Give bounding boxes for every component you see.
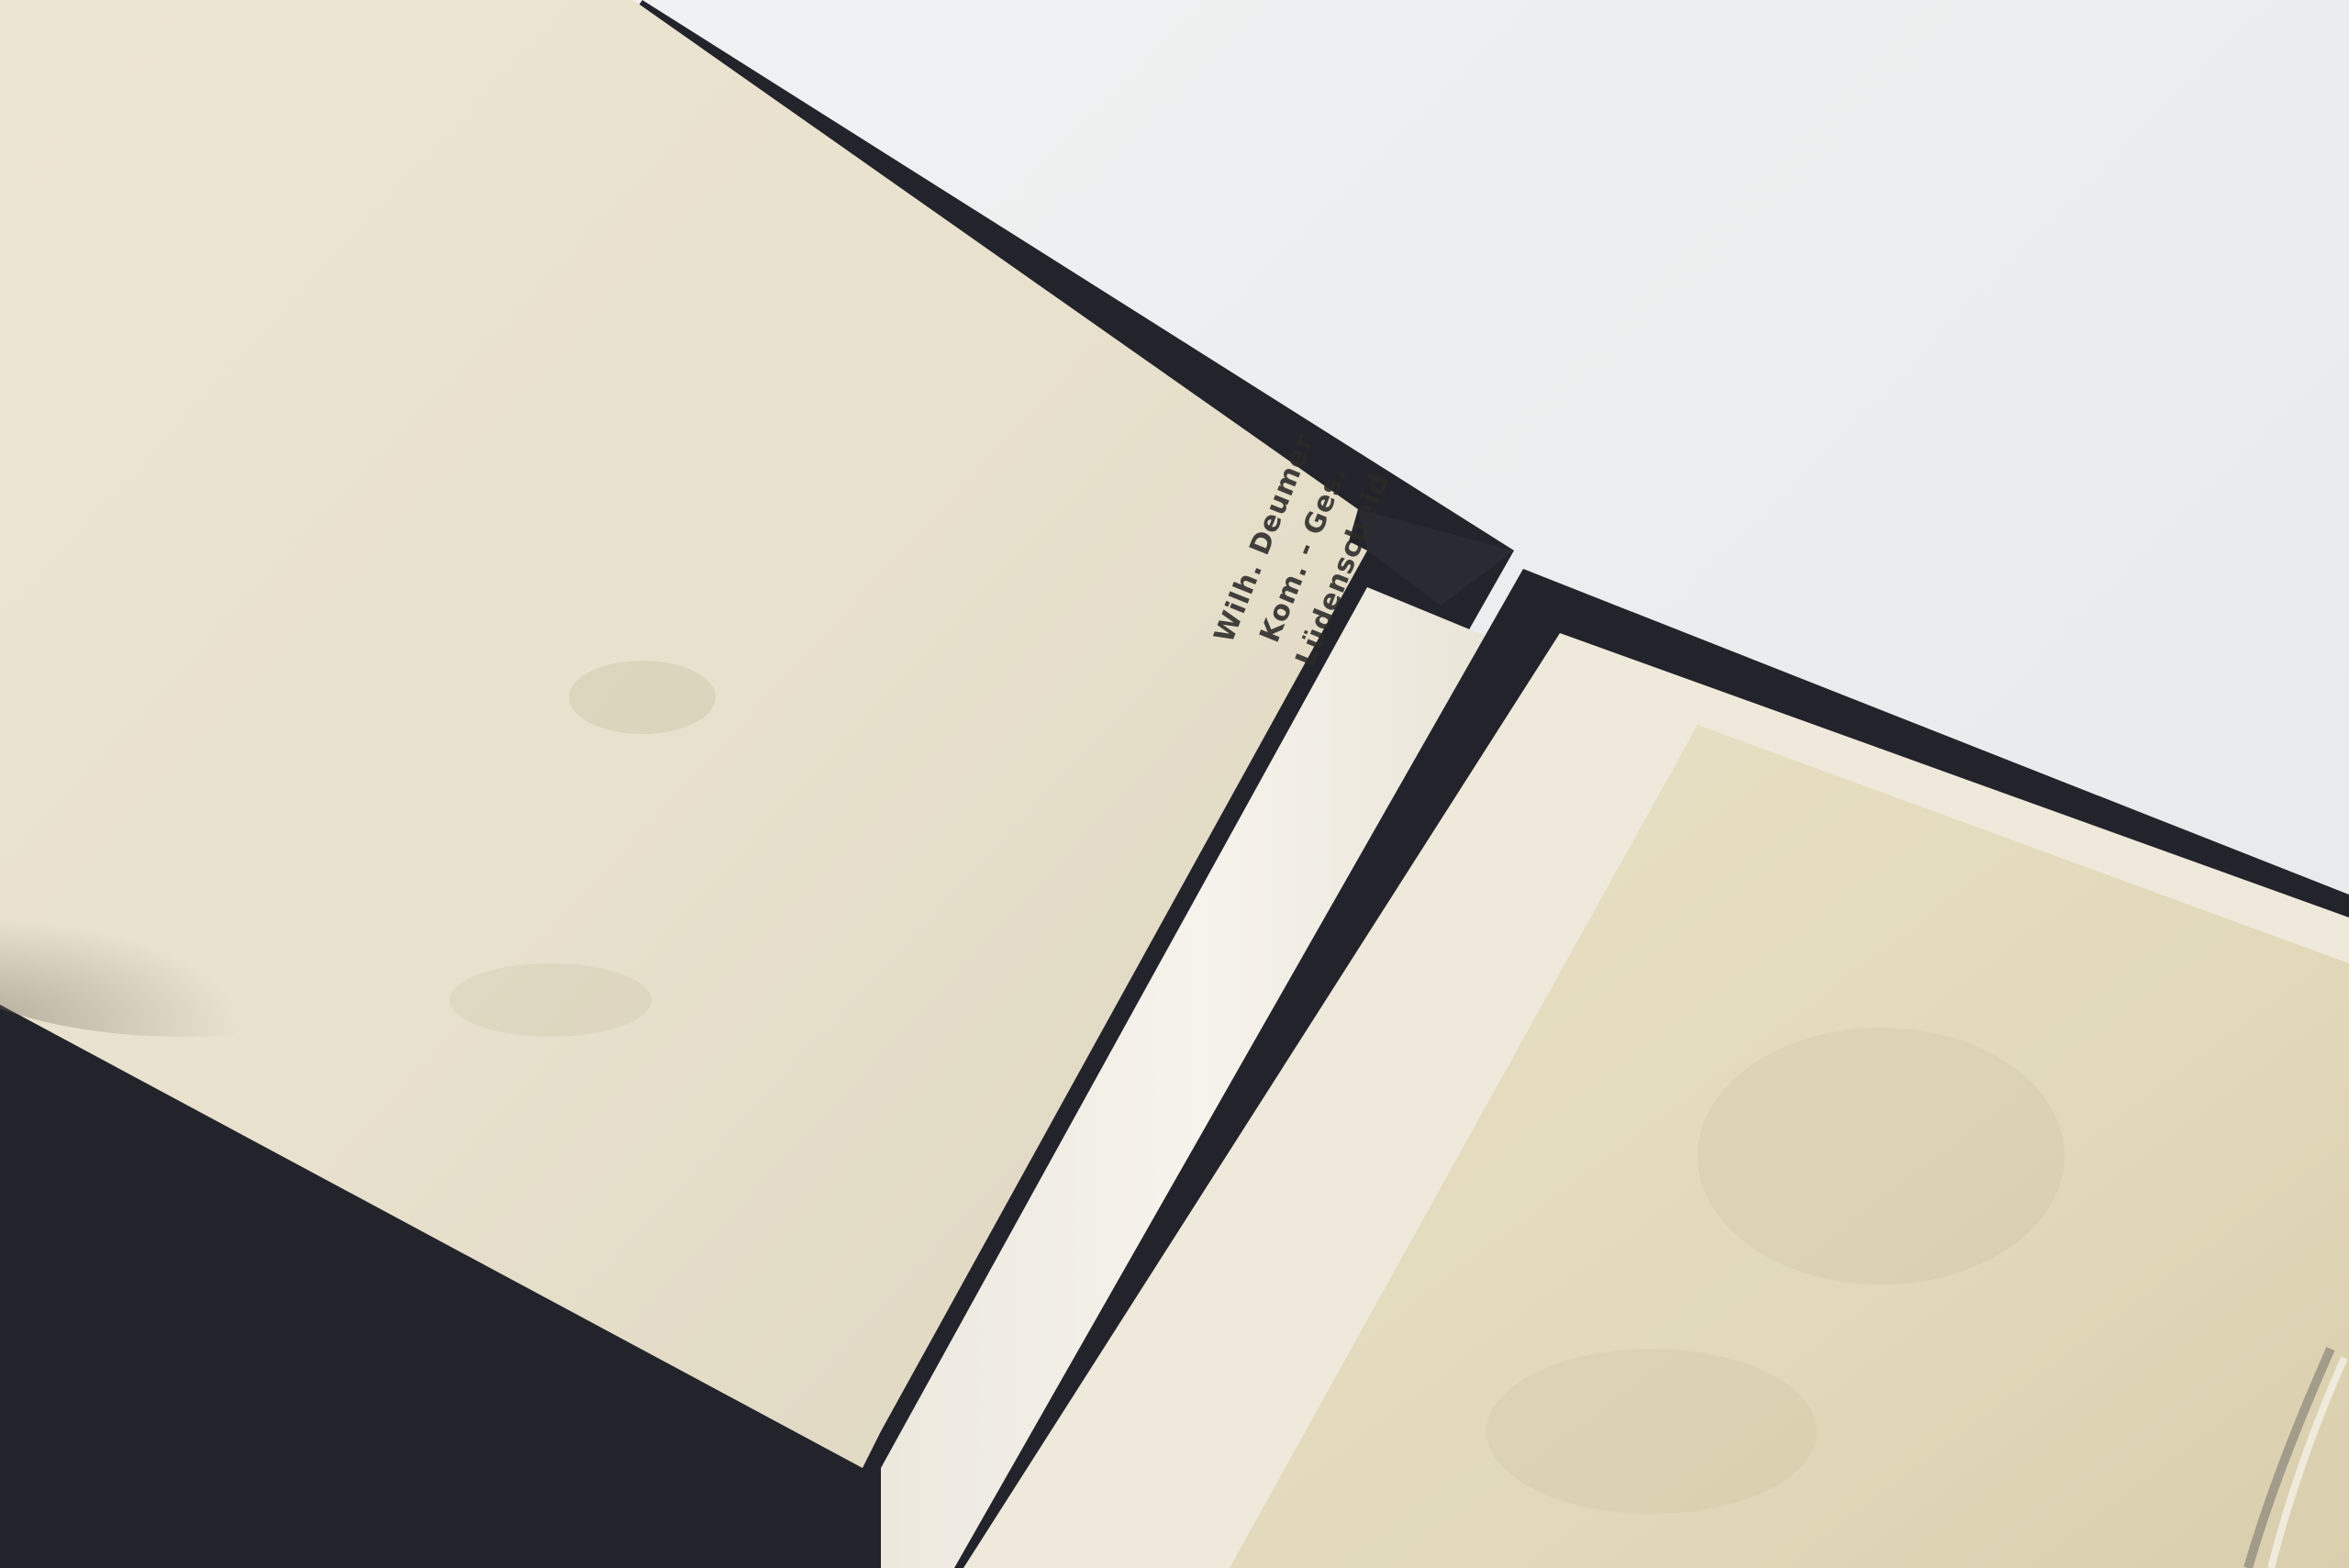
case-illustration xyxy=(0,0,2349,1568)
photo-scene: Wilh. Deumer Kom. - Ges. Lüdenscheid xyxy=(0,0,2349,1568)
